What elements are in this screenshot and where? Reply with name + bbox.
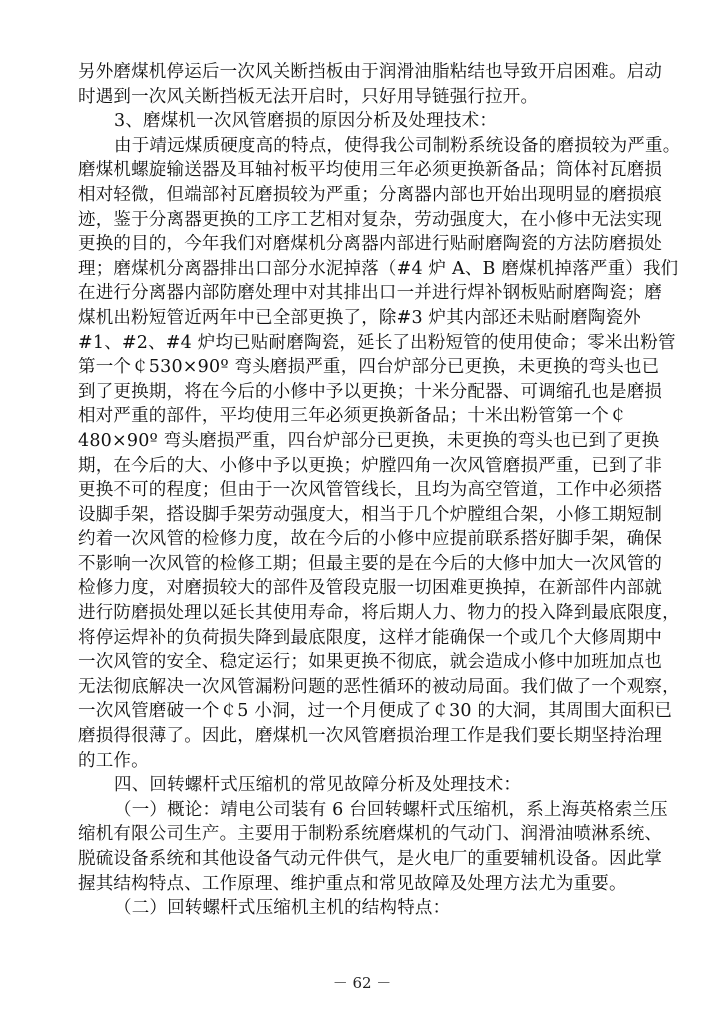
subsection-heading: （二）回转螺杆式压缩机主机的结构特点： — [78, 896, 658, 921]
text-line: 磨损得很薄了。因此，磨煤机一次风管磨损治理工作是我们要长期坚持治理 — [78, 724, 658, 749]
body-text: 另外磨煤机停运后一次风关断挡板由于润滑油脂粘结也导致开启困难。启动 时遇到一次风… — [78, 60, 658, 921]
text-line: 相对严重的部件，平均使用三年必须更换新备品；十米出粉管第一个￠ — [78, 404, 658, 429]
text-line: 到了更换期，将在今后的小修中予以更换；十米分配器、可调缩孔也是磨损 — [78, 380, 658, 405]
text-line: 脱硫设备系统和其他设备气动元件供气，是火电厂的重要辅机设备。因此掌 — [78, 847, 658, 872]
text-line: 进行防磨损处理以延长其使用寿命，将后期人力、物力的投入降到最底限度， — [78, 601, 658, 626]
text-line: 的工作。 — [78, 749, 658, 774]
subsection-heading: （一）概论：靖电公司装有 6 台回转螺杆式压缩机，系上海英格索兰压 — [78, 798, 658, 823]
text-line: 设脚手架，搭设脚手架劳动强度大，相当于几个炉膛组合架，小修工期短制 — [78, 503, 658, 528]
text-line: 在进行分离器内部防磨处理中对其排出口一并进行焊补钢板贴耐磨陶瓷；磨 — [78, 281, 658, 306]
page-number: － 62 － — [0, 972, 724, 993]
document-page: 另外磨煤机停运后一次风关断挡板由于润滑油脂粘结也导致开启困难。启动 时遇到一次风… — [0, 0, 724, 1024]
text-line: 无法彻底解决一次风管漏粉问题的恶性循环的被动局面。我们做了一个观察， — [78, 675, 658, 700]
text-line: 第一个￠530×90º 弯头磨损严重，四台炉部分已更换，未更换的弯头也已 — [78, 355, 658, 380]
text-line: 迹，鉴于分离器更换的工序工艺相对复杂，劳动强度大，在小修中无法实现 — [78, 208, 658, 233]
text-line: 约着一次风管的检修力度，故在今后的小修中应提前联系搭好脚手架，确保 — [78, 527, 658, 552]
text-line: #1、#2、#4 炉均已贴耐磨陶瓷，延长了出粉短管的使用使命；零米出粉管 — [78, 331, 658, 356]
text-line: 期，在今后的大、小修中予以更换；炉膛四角一次风管磨损严重，已到了非 — [78, 454, 658, 479]
text-line: 不影响一次风管的检修工期；但最主要的是在今后的大修中加大一次风管的 — [78, 552, 658, 577]
text-line: 另外磨煤机停运后一次风关断挡板由于润滑油脂粘结也导致开启困难。启动 — [78, 60, 658, 85]
text-line: 一次风管的安全、稳定运行；如果更换不彻底，就会造成小修中加班加点也 — [78, 650, 658, 675]
section-heading: 3、磨煤机一次风管磨损的原因分析及处理技术： — [78, 109, 658, 134]
text-line: 检修力度，对磨损较大的部件及管段克服一切困难更换掉，在新部件内部就 — [78, 576, 658, 601]
section-heading: 四、回转螺杆式压缩机的常见故障分析及处理技术： — [78, 773, 658, 798]
text-line: 更换的目的，今年我们对磨煤机分离器内部进行贴耐磨陶瓷的方法防磨损处 — [78, 232, 658, 257]
text-line: 握其结构特点、工作原理、维护重点和常见故障及处理方法尤为重要。 — [78, 872, 658, 897]
text-line: 一次风管磨破一个￠5 小洞，过一个月便成了￠30 的大洞，其周围大面积已 — [78, 699, 658, 724]
text-line: 480×90º 弯头磨损严重，四台炉部分已更换，未更换的弯头也已到了更换 — [78, 429, 658, 454]
text-line: 更换不可的程度；但由于一次风管管线长，且均为高空管道，工作中必须搭 — [78, 478, 658, 503]
text-line: 煤机出粉短管近两年中已全部更换了，除#3 炉其内部还未贴耐磨陶瓷外 — [78, 306, 658, 331]
text-line: 时遇到一次风关断挡板无法开启时，只好用导链强行拉开。 — [78, 85, 658, 110]
text-line: 相对轻微，但端部衬瓦磨损较为严重；分离器内部也开始出现明显的磨损痕 — [78, 183, 658, 208]
text-line: 将停运焊补的负荷损失降到最底限度，这样才能确保一个或几个大修周期中 — [78, 626, 658, 651]
paragraph-start: 由于靖远煤质硬度高的特点，使得我公司制粉系统设备的磨损较为严重。 — [78, 134, 658, 159]
text-line: 缩机有限公司生产。主要用于制粉系统磨煤机的气动门、润滑油喷淋系统、 — [78, 822, 658, 847]
text-line: 理；磨煤机分离器排出口部分水泥掉落（#4 炉 A、B 磨煤机掉落严重）我们 — [78, 257, 658, 282]
text-line: 磨煤机螺旋输送器及耳轴衬板平均使用三年必须更换新备品；筒体衬瓦磨损 — [78, 158, 658, 183]
